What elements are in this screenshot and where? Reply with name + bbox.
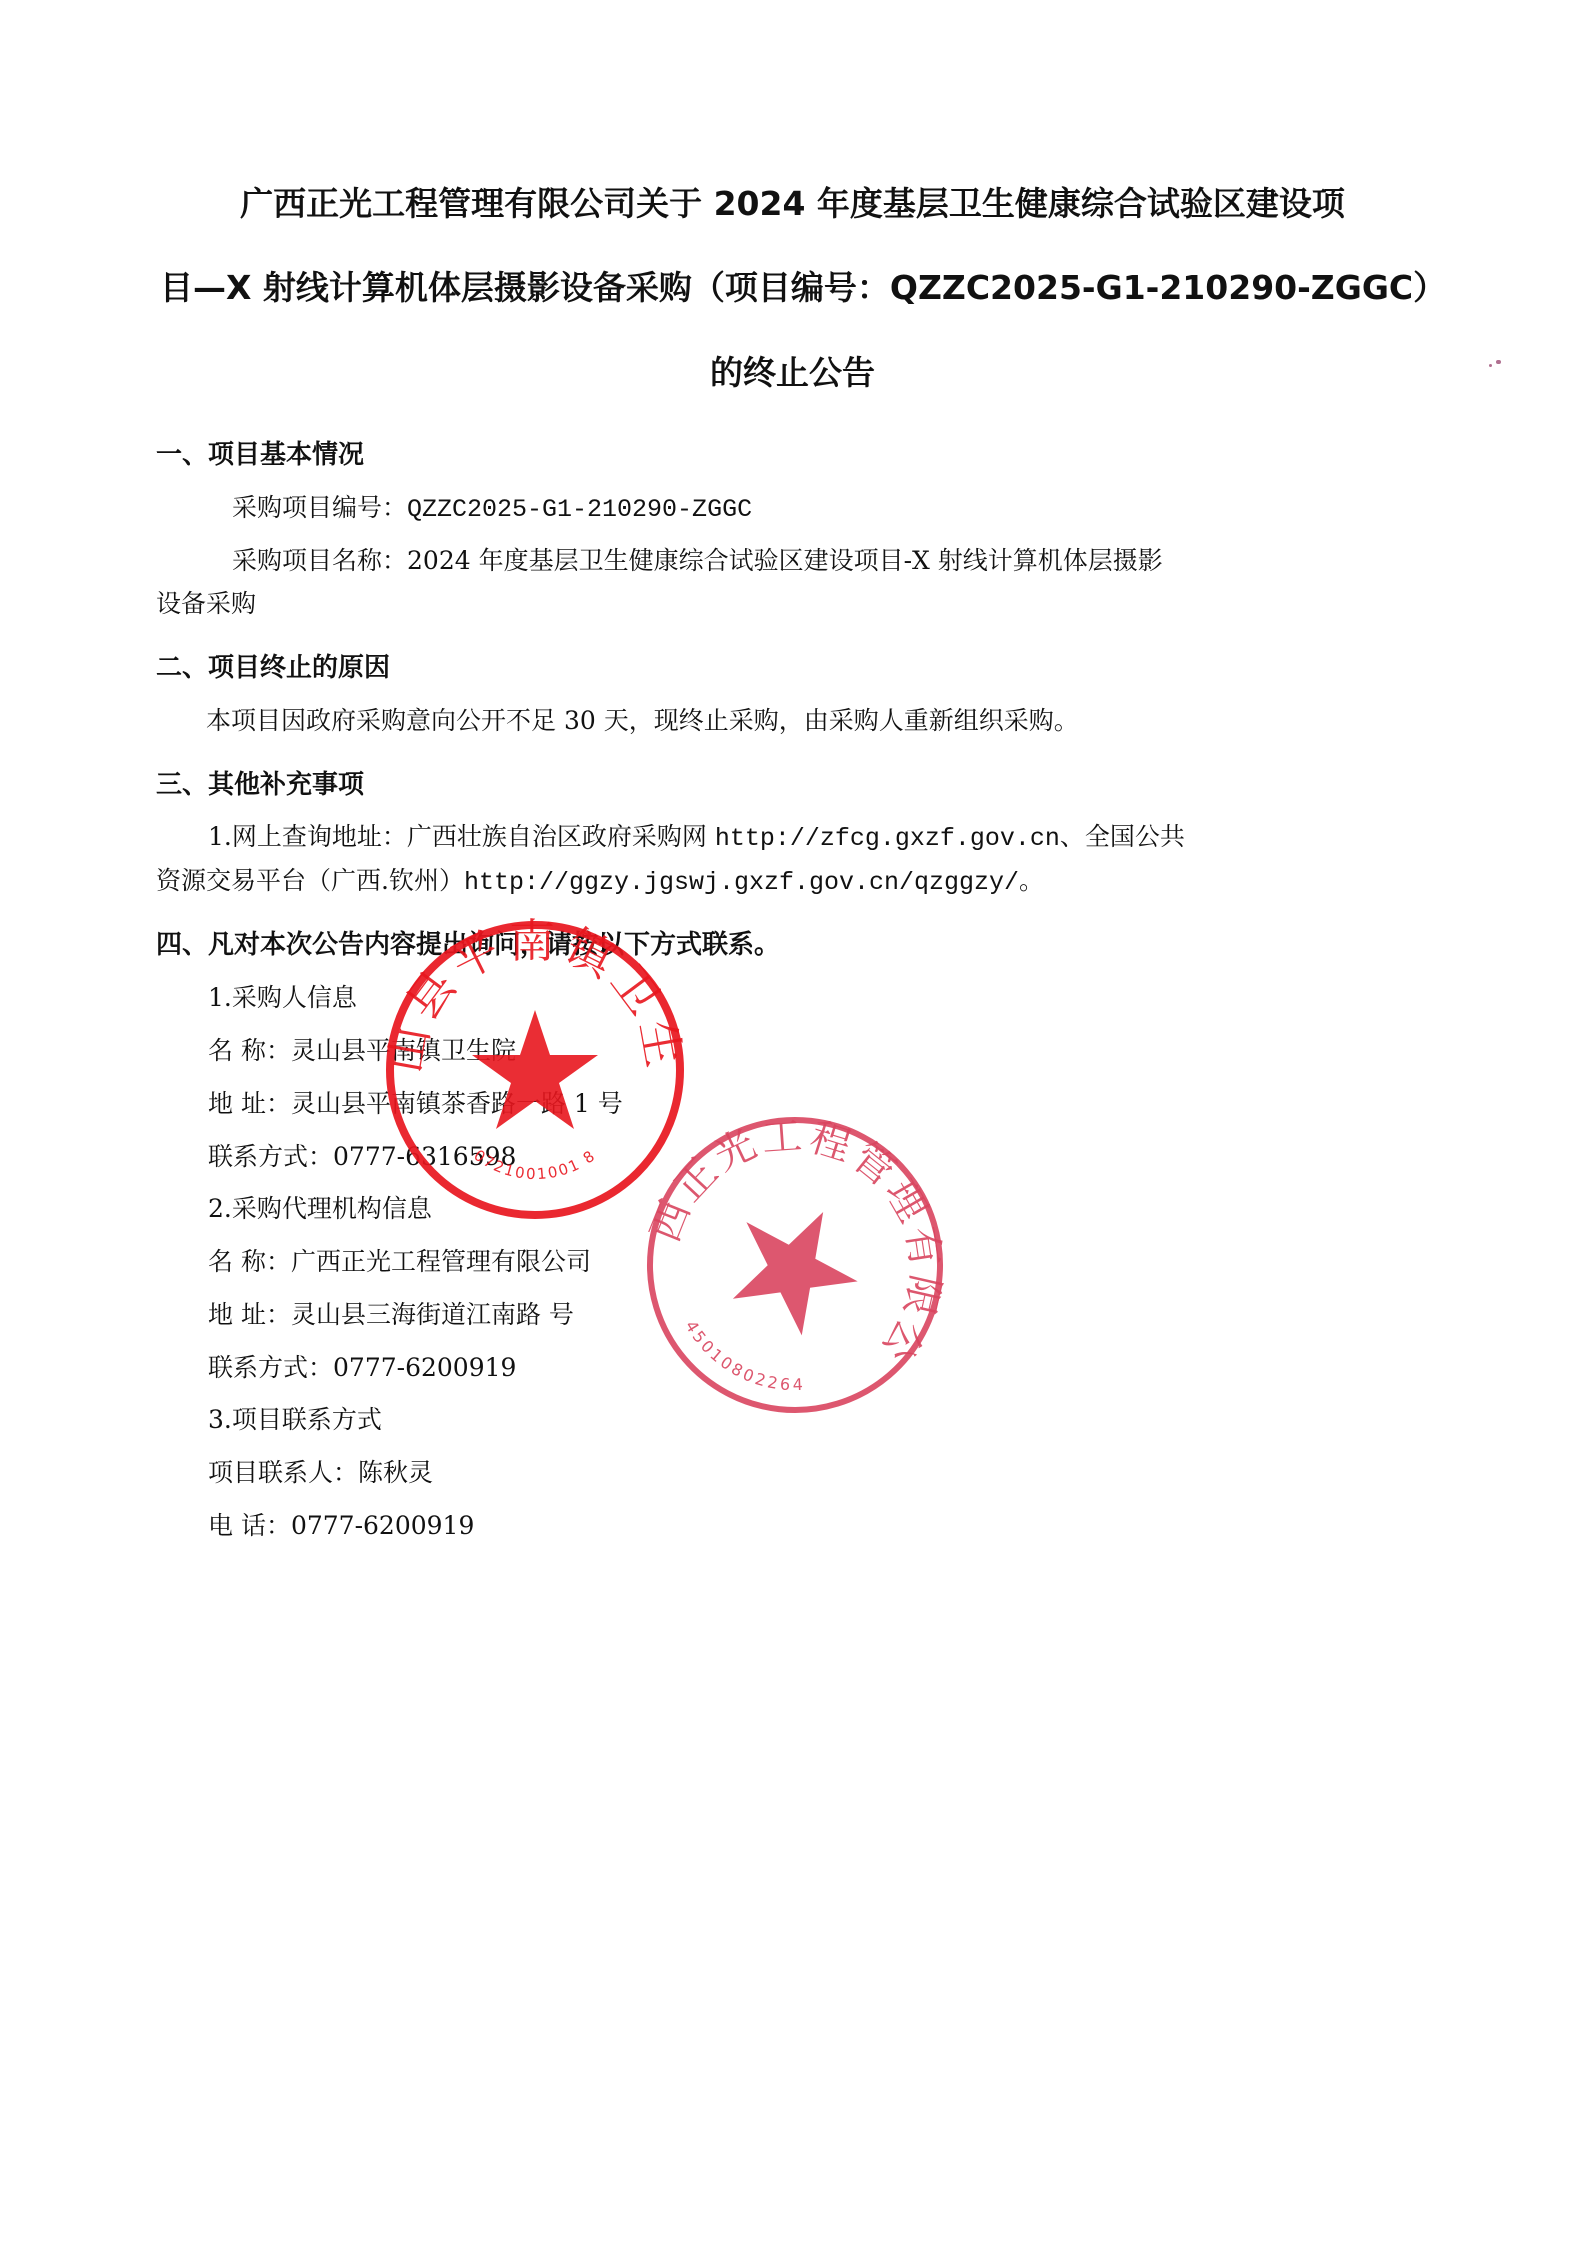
purchaser-heading: 1.采购人信息: [208, 983, 357, 1013]
agency-address-row: 地 址：灵山县三海街道江南路 号: [208, 1300, 574, 1330]
agency-address: 灵山县三海街道江南路 号: [291, 1300, 574, 1329]
termination-reason: 本项目因政府采购意向公开不足 30 天，现终止采购，由采购人重新组织采购。: [206, 706, 1079, 736]
project-no-value: QZZC2025-G1-210290-ZGGC: [407, 495, 752, 524]
agency-contact-label: 联系方式：: [208, 1353, 333, 1382]
purchaser-contact: 0777-6316598: [333, 1142, 516, 1171]
project-contact-person-row: 项目联系人：陈秋灵: [208, 1458, 433, 1488]
contact-phone: 0777-6200919: [291, 1511, 474, 1540]
agency-seal-code: 4501080226439: [640, 1110, 806, 1394]
star-icon: [712, 1182, 879, 1346]
agency-contact-row: 联系方式：0777-6200919: [208, 1353, 516, 1383]
query-address-line-2: 资源交易平台（广西.钦州）http://ggzy.jgswj.gxzf.gov.…: [156, 866, 1044, 898]
purchaser-name-row: 名 称：灵山县平南镇卫生院: [208, 1036, 516, 1066]
section-1-heading: 一、项目基本情况: [156, 440, 364, 470]
purchaser-contact-label: 联系方式：: [208, 1142, 333, 1171]
agency-address-label: 地 址：: [208, 1300, 291, 1329]
purchaser-name-label: 名 称：: [208, 1036, 291, 1065]
section-2-heading: 二、项目终止的原因: [156, 653, 390, 683]
scan-speck: [1496, 360, 1501, 364]
agency-name: 广西正光工程管理有限公司: [291, 1247, 591, 1276]
purchaser-address-label: 地 址：: [208, 1089, 291, 1118]
contact-person-label: 项目联系人：: [208, 1458, 358, 1487]
agency-seal-stamp: 广西正光工程管理有限公司 4501080226439: [640, 1110, 950, 1420]
section-4-heading: 四、凡对本次公告内容提出询问，请按以下方式联系。: [156, 930, 780, 960]
project-name-value-1: 2024 年度基层卫生健康综合试验区建设项目-X 射线计算机体层摄影: [407, 546, 1163, 575]
scan-speck: [1489, 364, 1492, 367]
agency-contact: 0777-6200919: [333, 1353, 516, 1382]
project-contact-heading: 3.项目联系方式: [208, 1405, 382, 1435]
platform-label: 资源交易平台（广西.钦州）: [156, 866, 464, 895]
query-address-label: 1.网上查询地址：广西壮族自治区政府采购网: [208, 822, 715, 851]
agency-seal-text: 广西正光工程管理有限公司: [640, 1110, 950, 1375]
agency-name-label: 名 称：: [208, 1247, 291, 1276]
project-no-row: 采购项目编号：QZZC2025-G1-210290-ZGGC: [232, 493, 752, 525]
title-line-2: 目—X 射线计算机体层摄影设备采购（项目编号：QZZC2025-G1-21029…: [160, 262, 1425, 309]
query-address-suffix: 、全国公共: [1060, 822, 1185, 851]
project-name-value-2: 设备采购: [156, 589, 256, 619]
contact-person: 陈秋灵: [358, 1458, 433, 1487]
url-zfcg-link[interactable]: http://zfcg.gxzf.gov.cn: [715, 824, 1060, 853]
period: 。: [1019, 866, 1044, 895]
purchaser-seal-stamp: 灵山县平南镇卫生院 0721001001 8: [380, 915, 690, 1225]
project-contact-phone-row: 电 话：0777-6200919: [208, 1511, 474, 1541]
project-no-label: 采购项目编号：: [232, 493, 407, 522]
project-name-row: 采购项目名称：2024 年度基层卫生健康综合试验区建设项目-X 射线计算机体层摄…: [232, 546, 1163, 576]
title-line-1: 广西正光工程管理有限公司关于 2024 年度基层卫生健康综合试验区建设项: [160, 178, 1425, 225]
purchaser-address-row: 地 址：灵山县平南镇茶香路一路 1 号: [208, 1089, 623, 1119]
purchaser-address: 灵山县平南镇茶香路一路 1 号: [291, 1089, 623, 1118]
contact-phone-label: 电 话：: [208, 1511, 291, 1540]
agency-name-row: 名 称：广西正光工程管理有限公司: [208, 1247, 591, 1277]
seal-ring: [640, 1110, 950, 1420]
title-line-3: 的终止公告: [160, 347, 1425, 394]
url-ggzy-link[interactable]: http://ggzy.jgswj.gxzf.gov.cn/qzggzy/: [464, 868, 1019, 897]
query-address-line-1: 1.网上查询地址：广西壮族自治区政府采购网 http://zfcg.gxzf.g…: [208, 822, 1185, 854]
document-page: 广西正光工程管理有限公司关于 2024 年度基层卫生健康综合试验区建设项 目—X…: [0, 0, 1587, 2245]
agency-heading: 2.采购代理机构信息: [208, 1194, 432, 1224]
project-name-label: 采购项目名称：: [232, 546, 407, 575]
section-3-heading: 三、其他补充事项: [156, 770, 364, 800]
purchaser-name: 灵山县平南镇卫生院: [291, 1036, 516, 1065]
purchaser-contact-row: 联系方式：0777-6316598: [208, 1142, 516, 1172]
